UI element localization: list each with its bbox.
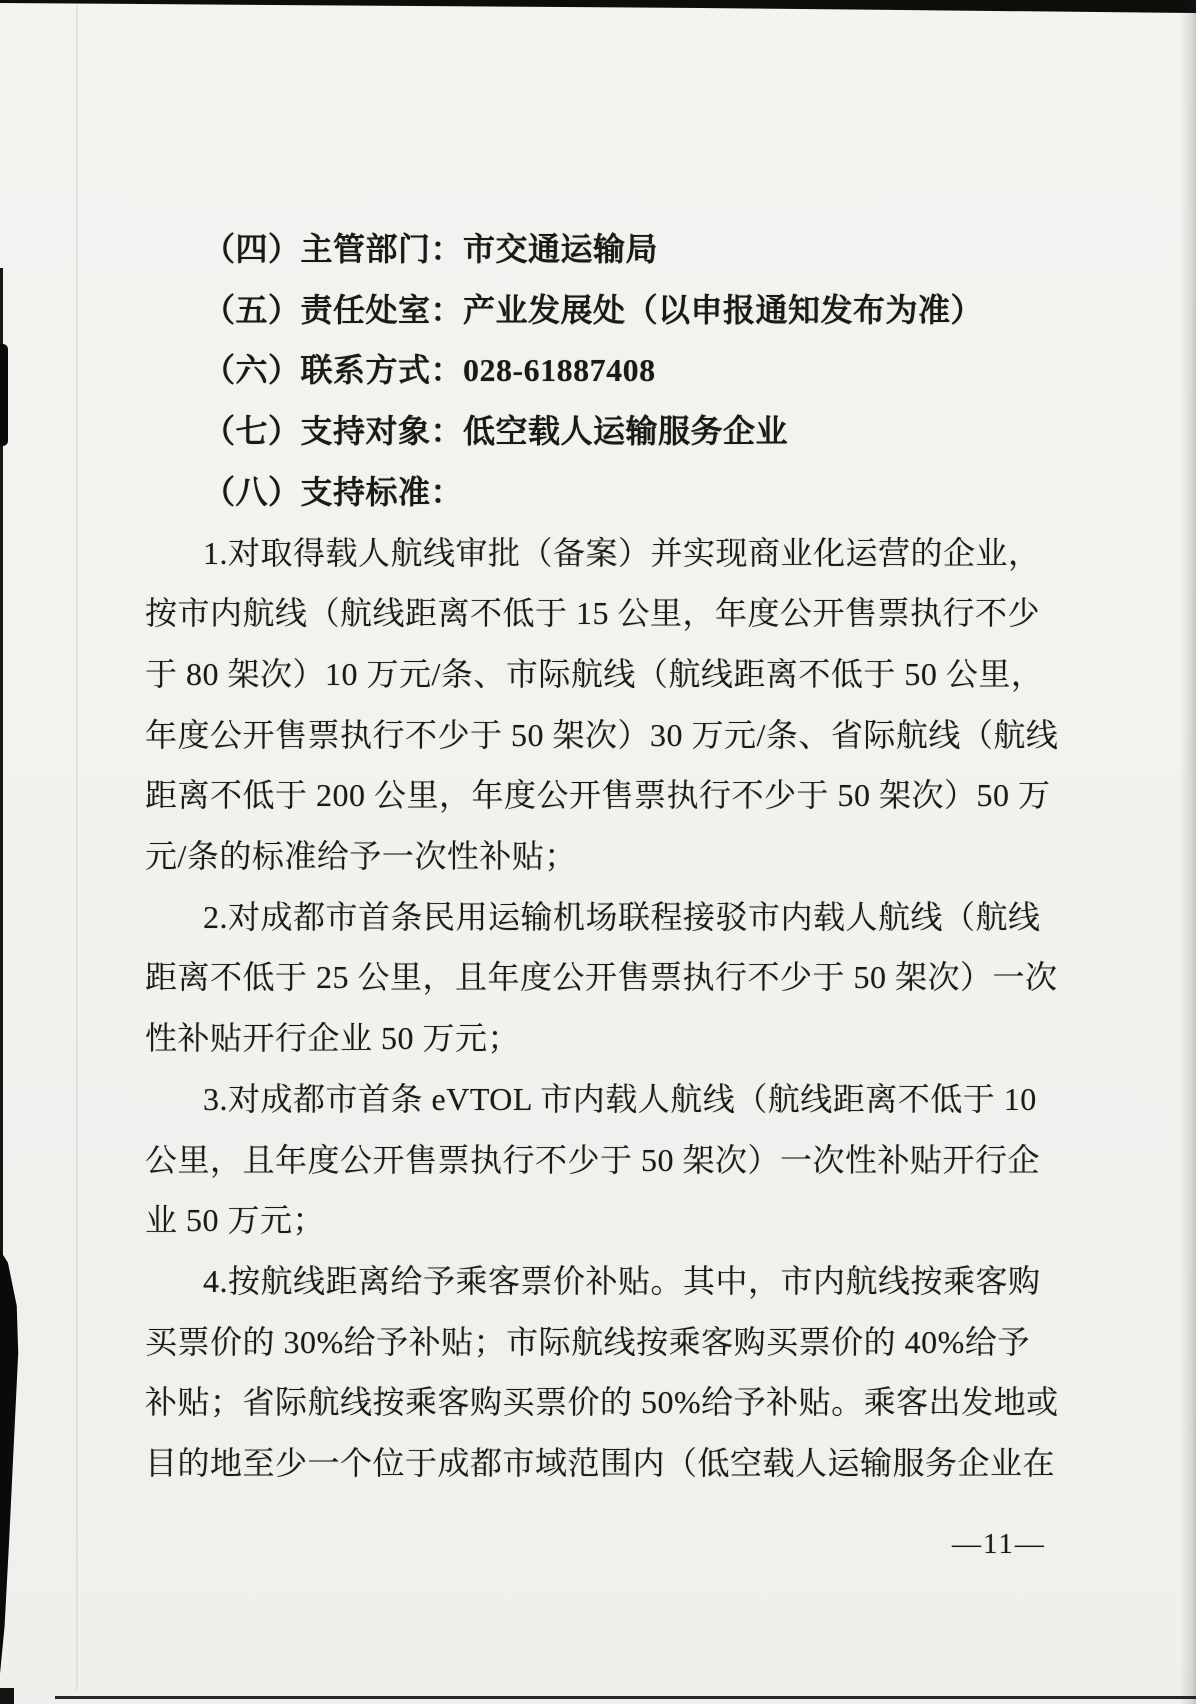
page-number: —11—: [952, 1528, 1046, 1561]
doc-line-para4-start: 4.按航线距离给予乘客票价补贴。其中，市内航线按乘客购: [145, 1251, 1055, 1312]
doc-line: 按市内航线（航线距离不低于 15 公里，年度公开售票执行不少: [145, 583, 1055, 644]
doc-line-para2-start: 2.对成都市首条民用运输机场联程接驳市内载人航线（航线: [145, 887, 1055, 948]
doc-line-item-7: （七）支持对象：低空载人运输服务企业: [145, 401, 1055, 462]
scanned-document-page: （四）主管部门：市交通运输局 （五）责任处室：产业发展处（以申报通知发布为准） …: [0, 0, 1196, 1704]
doc-line: 年度公开售票执行不少于 50 架次）30 万元/条、省际航线（航线: [145, 705, 1055, 766]
doc-line: 买票价的 30%给予补贴；市际航线按乘客购买票价的 40%给予: [145, 1312, 1055, 1373]
doc-line-item-8: （八）支持标准：: [145, 462, 1055, 523]
doc-line-para1-start: 1.对取得载人航线审批（备案）并实现商业化运营的企业，: [145, 523, 1055, 584]
scan-artifact-left-blob: [0, 344, 8, 446]
doc-line: 公里，且年度公开售票执行不少于 50 架次）一次性补贴开行企: [145, 1130, 1055, 1191]
doc-line: 补贴；省际航线按乘客购买票价的 50%给予补贴。乘客出发地或: [145, 1372, 1055, 1433]
scan-artifact-bottom-corner: [0, 1688, 14, 1704]
doc-line-para3-start: 3.对成都市首条 eVTOL 市内载人航线（航线距离不低于 10: [145, 1069, 1055, 1130]
scan-artifact-top-edge: [0, 0, 1196, 14]
doc-line: 距离不低于 25 公里，且年度公开售票执行不少于 50 架次）一次: [145, 947, 1055, 1008]
doc-line: 距离不低于 200 公里，年度公开售票执行不少于 50 架次）50 万: [145, 765, 1055, 826]
scan-artifact-left-wedge: [0, 1250, 19, 1678]
doc-line-item-5: （五）责任处室：产业发展处（以申报通知发布为准）: [145, 280, 1055, 341]
doc-line-item-6: （六）联系方式：028-61887408: [145, 340, 1055, 401]
doc-line: 元/条的标准给予一次性补贴；: [145, 826, 1055, 887]
doc-line: 目的地至少一个位于成都市域范围内（低空载人运输服务企业在: [145, 1433, 1055, 1494]
doc-line: 于 80 架次）10 万元/条、市际航线（航线距离不低于 50 公里，: [145, 644, 1055, 705]
scan-artifact-right-shadow: [1180, 0, 1196, 1704]
doc-line-item-4: （四）主管部门：市交通运输局: [145, 219, 1055, 280]
doc-line: 业 50 万元；: [145, 1190, 1055, 1251]
scan-artifact-fold-line: [76, 6, 78, 1690]
scan-artifact-bottom-edge: [55, 1696, 1196, 1699]
document-text-column: （四）主管部门：市交通运输局 （五）责任处室：产业发展处（以申报通知发布为准） …: [145, 219, 1055, 1494]
doc-line: 性补贴开行企业 50 万元；: [145, 1008, 1055, 1069]
